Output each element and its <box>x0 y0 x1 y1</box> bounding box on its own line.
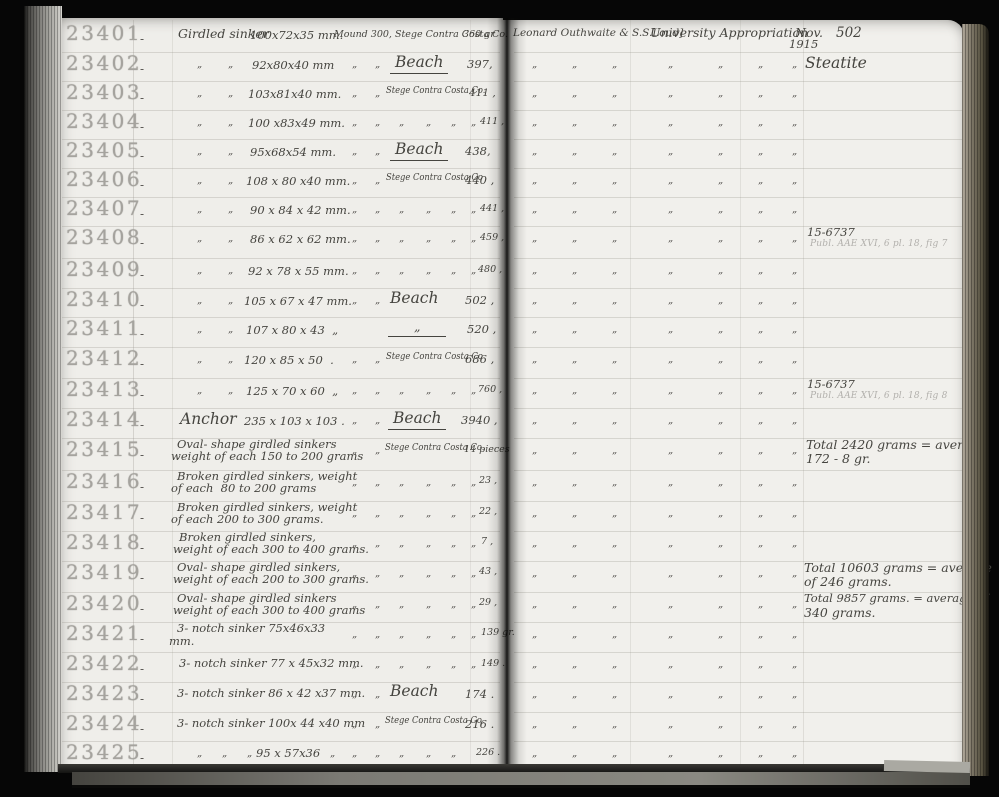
handwritten-entry: 3- notch sinker 75x46x33 <box>177 623 325 635</box>
handwritten-entry: 120 x 85 x 50 . <box>244 355 334 367</box>
ditto-mark: „ <box>612 630 617 640</box>
ditto-mark: „ <box>612 478 617 488</box>
book-gutter-shadow <box>487 18 527 774</box>
ditto-mark: „ <box>375 234 380 244</box>
ditto-mark: „ <box>375 478 380 488</box>
handwritten-entry: 1915 <box>789 39 818 51</box>
ditto-mark: „ <box>375 205 380 215</box>
ditto-mark: „ <box>718 296 723 306</box>
ditto-mark: „ <box>612 234 617 244</box>
ditto-mark: „ <box>758 89 763 99</box>
ditto-mark: „ <box>228 118 233 128</box>
ditto-mark: „ <box>758 660 763 670</box>
ditto-dash: - <box>140 693 144 705</box>
ditto-mark: „ <box>471 118 476 128</box>
ditto-mark: „ <box>352 630 357 640</box>
ditto-mark: „ <box>668 176 673 186</box>
catalog-number-stamp: 23407 <box>66 198 142 218</box>
ditto-mark: „ <box>572 234 577 244</box>
ditto-mark: „ <box>718 749 723 759</box>
ditto-mark: „ <box>612 749 617 759</box>
ditto-mark: „ <box>758 60 763 70</box>
ditto-mark: „ <box>572 749 577 759</box>
ditto-mark: „ <box>399 478 404 488</box>
ditto-mark: „ <box>668 569 673 579</box>
ditto-mark: „ <box>451 630 456 640</box>
catalog-number-stamp: 23413 <box>66 379 142 399</box>
ditto-mark: „ <box>572 296 577 306</box>
ditto-dash: - <box>140 237 144 249</box>
ditto-mark: „ <box>352 690 357 700</box>
ditto-mark: „ <box>197 234 202 244</box>
catalog-number-stamp: 23421 <box>66 623 142 643</box>
handwritten-entry: 125 x 70 x 60 „ <box>246 386 338 398</box>
ditto-mark: „ <box>668 266 673 276</box>
ditto-mark: „ <box>399 600 404 610</box>
ditto-mark: „ <box>426 386 431 396</box>
ditto-mark: „ <box>426 234 431 244</box>
ditto-mark: „ <box>426 539 431 549</box>
catalog-number-stamp: 23411 <box>66 318 142 338</box>
ditto-mark: „ <box>375 176 380 186</box>
ditto-mark: „ <box>399 569 404 579</box>
ditto-mark: „ <box>471 539 476 549</box>
ditto-mark: „ <box>426 478 431 488</box>
ditto-mark: „ <box>532 630 537 640</box>
ditto-mark: „ <box>352 266 357 276</box>
ditto-mark: „ <box>792 118 797 128</box>
ditto-mark: „ <box>612 446 617 456</box>
handwritten-entry: 95x68x54 mm. <box>250 147 336 159</box>
ditto-mark: „ <box>612 539 617 549</box>
ditto-mark: „ <box>668 234 673 244</box>
ditto-mark: „ <box>352 416 357 426</box>
ditto-mark: „ <box>471 234 476 244</box>
ditto-mark: „ <box>399 118 404 128</box>
ditto-mark: „ <box>375 630 380 640</box>
ditto-mark: „ <box>399 234 404 244</box>
ditto-dash: - <box>140 419 144 431</box>
ditto-mark: „ <box>792 749 797 759</box>
ditto-mark: „ <box>668 89 673 99</box>
ditto-dash: - <box>140 63 144 75</box>
ditto-mark: „ <box>352 386 357 396</box>
ditto-dash: - <box>140 633 144 645</box>
catalog-number-stamp: 23403 <box>66 82 142 102</box>
ditto-mark: „ <box>718 569 723 579</box>
handwritten-entry: Beach <box>390 684 438 700</box>
ditto-mark: „ <box>197 266 202 276</box>
handwritten-entry: weight of each 150 to 200 grams <box>171 451 363 463</box>
ditto-mark: „ <box>532 749 537 759</box>
ditto-mark: „ <box>375 660 380 670</box>
catalog-number-stamp: 23417 <box>66 502 142 522</box>
ditto-mark: „ <box>668 600 673 610</box>
ditto-mark: „ <box>612 325 617 335</box>
handwritten-entry: Total 2420 grams = average <box>806 439 986 452</box>
ditto-mark: „ <box>451 539 456 549</box>
ditto-mark: „ <box>352 660 357 670</box>
ditto-mark: „ <box>375 539 380 549</box>
ditto-mark: „ <box>471 266 476 276</box>
ditto-mark: „ <box>532 234 537 244</box>
catalog-number-stamp: 23410 <box>66 289 142 309</box>
ditto-mark: „ <box>758 355 763 365</box>
handwritten-entry: 92x80x40 mm <box>252 60 334 72</box>
ditto-mark: „ <box>426 266 431 276</box>
ditto-mark: „ <box>451 660 456 670</box>
ditto-mark: „ <box>758 749 763 759</box>
ditto-mark: „ <box>792 386 797 396</box>
ditto-dash: - <box>140 389 144 401</box>
ditto-mark: „ <box>532 386 537 396</box>
ditto-mark: „ <box>758 325 763 335</box>
ditto-mark: „ <box>758 147 763 157</box>
handwritten-entry: 90 x 84 x 42 mm. <box>250 205 351 217</box>
ditto-mark: „ <box>471 600 476 610</box>
ditto-mark: „ <box>228 147 233 157</box>
ditto-dash: - <box>140 179 144 191</box>
ditto-mark: „ <box>375 266 380 276</box>
ditto-mark: „ <box>471 509 476 519</box>
ditto-mark: „ <box>352 539 357 549</box>
ditto-mark: „ <box>451 600 456 610</box>
ditto-mark: „ <box>758 118 763 128</box>
ditto-mark: „ <box>532 569 537 579</box>
ditto-mark: „ <box>612 147 617 157</box>
ditto-mark: „ <box>758 176 763 186</box>
ditto-mark: „ <box>399 660 404 670</box>
ditto-mark: „ <box>668 446 673 456</box>
catalog-number-stamp: 23423 <box>66 683 142 703</box>
ditto-mark: „ <box>792 266 797 276</box>
ditto-mark: „ <box>197 205 202 215</box>
ditto-mark: „ <box>612 205 617 215</box>
ditto-mark: „ <box>718 720 723 730</box>
ditto-mark: „ <box>758 720 763 730</box>
handwritten-entry: 103x81x40 mm. <box>248 89 341 101</box>
ditto-mark: „ <box>718 147 723 157</box>
ditto-mark: „ <box>612 720 617 730</box>
handwritten-entry: 105 x 67 x 47 mm. <box>244 296 352 308</box>
handwritten-entry: Beach <box>388 411 446 430</box>
ditto-mark: „ <box>668 355 673 365</box>
ditto-mark: „ <box>532 205 537 215</box>
ditto-mark: „ <box>668 478 673 488</box>
handwritten-entry: 235 x 103 x 103 . <box>244 416 345 428</box>
ditto-mark: „ <box>758 446 763 456</box>
ditto-mark: „ <box>471 478 476 488</box>
ditto-mark: „ <box>228 60 233 70</box>
ditto-mark: „ <box>668 118 673 128</box>
ditto-mark: „ <box>197 325 202 335</box>
ditto-dash: - <box>140 328 144 340</box>
ditto-mark: „ <box>399 749 404 759</box>
ditto-mark: „ <box>352 118 357 128</box>
ditto-mark: „ <box>197 118 202 128</box>
ditto-dash: - <box>140 299 144 311</box>
ditto-mark: „ <box>572 147 577 157</box>
ditto-mark: „ <box>792 416 797 426</box>
ditto-mark: „ <box>426 205 431 215</box>
ditto-mark: „ <box>375 690 380 700</box>
ditto-mark: „ <box>399 539 404 549</box>
ditto-mark: „ <box>758 600 763 610</box>
ditto-mark: „ <box>572 660 577 670</box>
catalog-number-stamp: 23412 <box>66 348 142 368</box>
handwritten-entry: weight of each 200 to 300 grams. <box>173 574 369 586</box>
catalog-number-stamp: 23409 <box>66 259 142 279</box>
ditto-mark: „ <box>612 386 617 396</box>
ditto-mark: „ <box>572 386 577 396</box>
ditto-mark: „ <box>228 176 233 186</box>
ditto-dash: - <box>140 752 144 764</box>
ditto-mark: „ <box>426 600 431 610</box>
ditto-mark: „ <box>612 296 617 306</box>
ditto-mark: „ <box>451 509 456 519</box>
ditto-mark: „ <box>426 509 431 519</box>
ditto-mark: „ <box>352 234 357 244</box>
ditto-mark: „ <box>612 690 617 700</box>
ditto-mark: „ <box>612 176 617 186</box>
ditto-mark: „ <box>718 630 723 640</box>
ditto-mark: „ <box>668 416 673 426</box>
ditto-dash: - <box>140 603 144 615</box>
ditto-mark: „ <box>197 749 202 759</box>
ditto-mark: „ <box>451 569 456 579</box>
ditto-mark: „ <box>572 176 577 186</box>
ditto-mark: „ <box>532 176 537 186</box>
ditto-mark: „ <box>451 118 456 128</box>
ditto-mark: „ <box>375 147 380 157</box>
ditto-mark: „ <box>399 509 404 519</box>
ditto-mark: „ <box>375 296 380 306</box>
ditto-mark: „ <box>352 355 357 365</box>
ditto-mark: „ <box>399 266 404 276</box>
ditto-dash: - <box>140 663 144 675</box>
ditto-mark: „ <box>352 720 357 730</box>
catalog-number-stamp: 23414 <box>66 409 142 429</box>
ditto-mark: „ <box>792 147 797 157</box>
ditto-dash: - <box>140 572 144 584</box>
handwritten-entry: Anchor <box>180 412 237 428</box>
ditto-mark: „ <box>668 720 673 730</box>
ditto-dash: - <box>140 542 144 554</box>
catalog-number-stamp: 23408 <box>66 227 142 247</box>
ditto-mark: „ <box>718 446 723 456</box>
ditto-mark: „ <box>197 386 202 396</box>
ditto-dash: - <box>140 33 144 45</box>
ditto-mark: „ <box>352 600 357 610</box>
ditto-mark: „ <box>352 60 357 70</box>
ditto-mark: „ <box>792 205 797 215</box>
ditto-mark: „ <box>718 118 723 128</box>
ditto-mark: „ <box>668 386 673 396</box>
handwritten-entry: 95 x 57x36 <box>256 748 320 760</box>
ditto-mark: „ <box>375 60 380 70</box>
catalog-number-stamp: 23418 <box>66 532 142 552</box>
ditto-mark: „ <box>532 355 537 365</box>
ditto-mark: „ <box>572 690 577 700</box>
ditto-mark: „ <box>572 355 577 365</box>
book-bottom-edge <box>72 772 970 788</box>
ditto-dash: - <box>140 358 144 370</box>
ditto-mark: „ <box>792 630 797 640</box>
ditto-mark: „ <box>399 386 404 396</box>
ditto-mark: „ <box>718 89 723 99</box>
ditto-mark: „ <box>471 569 476 579</box>
ditto-mark: „ <box>352 509 357 519</box>
ditto-mark: „ <box>532 89 537 99</box>
ditto-mark: „ <box>718 386 723 396</box>
ditto-mark: „ <box>247 749 252 759</box>
ditto-mark: „ <box>792 569 797 579</box>
handwritten-entry: weight of each 300 to 400 grams <box>173 605 365 617</box>
ditto-mark: „ <box>792 539 797 549</box>
ditto-mark: „ <box>792 325 797 335</box>
ditto-mark: „ <box>792 446 797 456</box>
ditto-mark: „ <box>375 355 380 365</box>
ditto-mark: „ <box>668 690 673 700</box>
ditto-dash: - <box>140 150 144 162</box>
handwritten-entry: 15-6737 <box>807 379 855 391</box>
ditto-dash: - <box>140 512 144 524</box>
ditto-mark: „ <box>375 600 380 610</box>
ditto-mark: „ <box>451 205 456 215</box>
ditto-mark: „ <box>792 355 797 365</box>
ledger-book-photo: 23401-Girdled sinker100x72x35 mm.Mound 3… <box>0 0 999 797</box>
ditto-mark: „ <box>451 234 456 244</box>
ditto-mark: „ <box>532 446 537 456</box>
ditto-mark: „ <box>718 600 723 610</box>
ditto-mark: „ <box>572 446 577 456</box>
ditto-mark: „ <box>352 446 357 456</box>
ditto-mark: „ <box>572 325 577 335</box>
ditto-mark: „ <box>532 60 537 70</box>
ditto-mark: „ <box>532 416 537 426</box>
ditto-mark: „ <box>532 118 537 128</box>
handwritten-entry: 108 x 80 x40 mm. <box>246 176 350 188</box>
ditto-mark: „ <box>228 266 233 276</box>
ditto-dash: - <box>140 121 144 133</box>
ditto-mark: „ <box>375 749 380 759</box>
ditto-mark: „ <box>375 118 380 128</box>
ditto-mark: „ <box>612 569 617 579</box>
ditto-mark: „ <box>572 118 577 128</box>
handwritten-entry: mm. <box>169 636 194 648</box>
ditto-mark: „ <box>718 660 723 670</box>
pencil-note: Publ. AAE XVI, 6 pl. 18, fig 8 <box>810 392 948 401</box>
ditto-mark: „ <box>572 539 577 549</box>
ditto-mark: „ <box>532 660 537 670</box>
catalog-number-stamp: 23416 <box>66 471 142 491</box>
ditto-mark: „ <box>792 690 797 700</box>
ditto-mark: „ <box>228 234 233 244</box>
ditto-mark: „ <box>758 539 763 549</box>
handwritten-entry: 3- notch sinker 100x 44 x40 mm <box>177 718 365 730</box>
ditto-mark: „ <box>532 266 537 276</box>
ditto-mark: „ <box>718 355 723 365</box>
ditto-mark: „ <box>451 478 456 488</box>
ditto-mark: „ <box>758 266 763 276</box>
ditto-mark: „ <box>228 205 233 215</box>
ditto-mark: „ <box>758 296 763 306</box>
ditto-mark: „ <box>352 478 357 488</box>
handwritten-entry: Beach <box>390 291 438 307</box>
ditto-mark: „ <box>228 296 233 306</box>
ditto-mark: „ <box>718 266 723 276</box>
ditto-mark: „ <box>426 630 431 640</box>
handwritten-entry: 92 x 78 x 55 mm. <box>248 266 349 278</box>
ditto-mark: „ <box>197 60 202 70</box>
ditto-mark: „ <box>228 89 233 99</box>
ditto-mark: „ <box>718 234 723 244</box>
ditto-mark: „ <box>228 355 233 365</box>
ditto-mark: „ <box>532 478 537 488</box>
ditto-mark: „ <box>375 416 380 426</box>
ditto-mark: „ <box>572 60 577 70</box>
ditto-mark: „ <box>718 176 723 186</box>
ditto-mark: „ <box>572 630 577 640</box>
ditto-mark: „ <box>399 630 404 640</box>
ditto-mark: „ <box>572 569 577 579</box>
handwritten-entry: „ <box>388 321 446 337</box>
ditto-mark: „ <box>758 630 763 640</box>
ditto-mark: „ <box>792 720 797 730</box>
ditto-mark: „ <box>426 569 431 579</box>
ditto-mark: „ <box>718 60 723 70</box>
ditto-mark: „ <box>451 386 456 396</box>
ditto-mark: „ <box>375 386 380 396</box>
ditto-mark: „ <box>197 176 202 186</box>
ditto-mark: „ <box>612 416 617 426</box>
ditto-mark: „ <box>668 205 673 215</box>
ditto-dash: - <box>140 92 144 104</box>
ditto-mark: „ <box>758 509 763 519</box>
catalog-number-stamp: 23425 <box>66 742 142 762</box>
ditto-mark: „ <box>718 416 723 426</box>
ditto-dash: - <box>140 208 144 220</box>
ditto-mark: „ <box>330 749 335 759</box>
ditto-mark: „ <box>532 539 537 549</box>
ditto-mark: „ <box>758 234 763 244</box>
ditto-mark: „ <box>612 89 617 99</box>
handwritten-entry: 100 x83x49 mm. <box>248 118 345 130</box>
handwritten-entry: 340 grams. <box>804 607 876 620</box>
ditto-mark: „ <box>532 296 537 306</box>
handwritten-entry: 3- notch sinker 86 x 42 x37 mm. <box>177 688 365 700</box>
handwritten-entry: 107 x 80 x 43 „ <box>246 325 338 337</box>
catalog-number-stamp: 23420 <box>66 593 142 613</box>
handwritten-entry: University Appropriation <box>650 27 808 40</box>
ditto-mark: „ <box>718 539 723 549</box>
left-page-edges <box>24 6 62 772</box>
ditto-mark: „ <box>792 509 797 519</box>
ditto-mark: „ <box>572 89 577 99</box>
ditto-mark: „ <box>532 690 537 700</box>
ditto-mark: „ <box>792 478 797 488</box>
ditto-mark: „ <box>471 386 476 396</box>
ditto-dash: - <box>140 449 144 461</box>
ditto-dash: - <box>140 269 144 281</box>
ditto-mark: „ <box>612 509 617 519</box>
ditto-mark: „ <box>399 205 404 215</box>
ditto-mark: „ <box>572 478 577 488</box>
handwritten-entry: 172 - 8 gr. <box>806 453 871 466</box>
ditto-mark: „ <box>668 325 673 335</box>
ditto-mark: „ <box>228 325 233 335</box>
pencil-note: Publ. AAE XVI, 6 pl. 18, fig 7 <box>810 240 948 249</box>
